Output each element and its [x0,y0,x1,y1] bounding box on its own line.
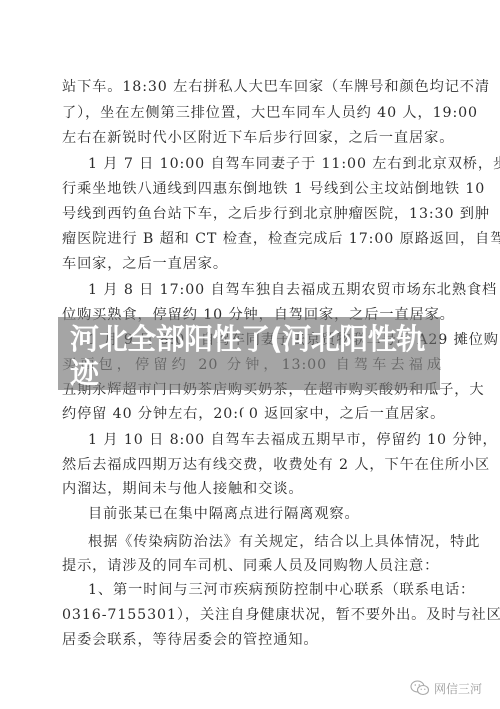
doc-line-20: 提示，请涉及的同车司机、同乘人员及同购物人员注意： [62,557,442,575]
doc-line-23: 居委会联系，等待居委会的管控通知。 [62,631,442,649]
doc-paragraph-item1: 1、第一时间与三河市疾病预防控制中心联系（联系电话： [88,581,442,599]
doc-line-22: 0316-7155301），关注自身健康状况，暂不要外出。及时与社区 [62,606,442,624]
doc-line-17: 内溜达，期间未与他人接触和交谈。 [62,480,442,498]
doc-paragraph-jan10: 1 月 10 日 8:00 自驾车去福成五期早市，停留约 10 分钟， [88,431,442,449]
doc-line-1: 站下车。18:30 左右拼私人大巴车回家（车牌号和颜色均记不清 [62,78,442,96]
doc-line-6: 号线到西钓鱼台站下车，之后步行到北京肿瘤医院，13:30 到肿 [62,205,442,223]
doc-line-16: 然后去福成四期万达有线交费，收费处有 2 人，下午在住所小区 [62,456,442,474]
doc-paragraph-jan8: 1 月 8 日 17:00 自驾车独自去福成五期农贸市场东北熟食档 [88,281,442,299]
banner-title: 河北全部阳性了(河北阳性轨迹 ) [70,322,440,424]
source-watermark: 网信三河 [410,679,482,697]
doc-line-2: 了），坐在左侧第三排位置，大巴车同车人员约 40 人，19:00 [62,104,442,122]
doc-line-7: 瘤医院进行 B 超和 CT 检查，检查完成后 17:00 原路返回，自驾 [62,230,442,248]
doc-line-3: 左右在新锐时代小区附近下车后步行回家，之后一直居家。 [62,129,442,147]
banner-title-line2: ) [70,390,440,424]
doc-line-8: 车回家，之后一直居家。 [62,255,442,273]
banner-title-line1: 河北全部阳性了(河北阳性轨迹 [70,322,425,390]
doc-paragraph-quarantine: 目前张某已在集中隔离点进行隔离观察。 [88,505,442,523]
doc-line-5: 行乘坐地铁八通线到四惠东倒地铁 1 号线到公主坟站倒地铁 10 [62,180,442,198]
wechat-icon [410,680,430,696]
doc-paragraph-jan7: 1 月 7 日 10:00 自驾车同妻子于 11:00 左右到北京双桥，步 [88,155,442,173]
watermark-text: 网信三河 [434,680,482,697]
doc-paragraph-law: 根据《传染病防治法》有关规定，结合以上具体情况，特此 [88,533,442,551]
